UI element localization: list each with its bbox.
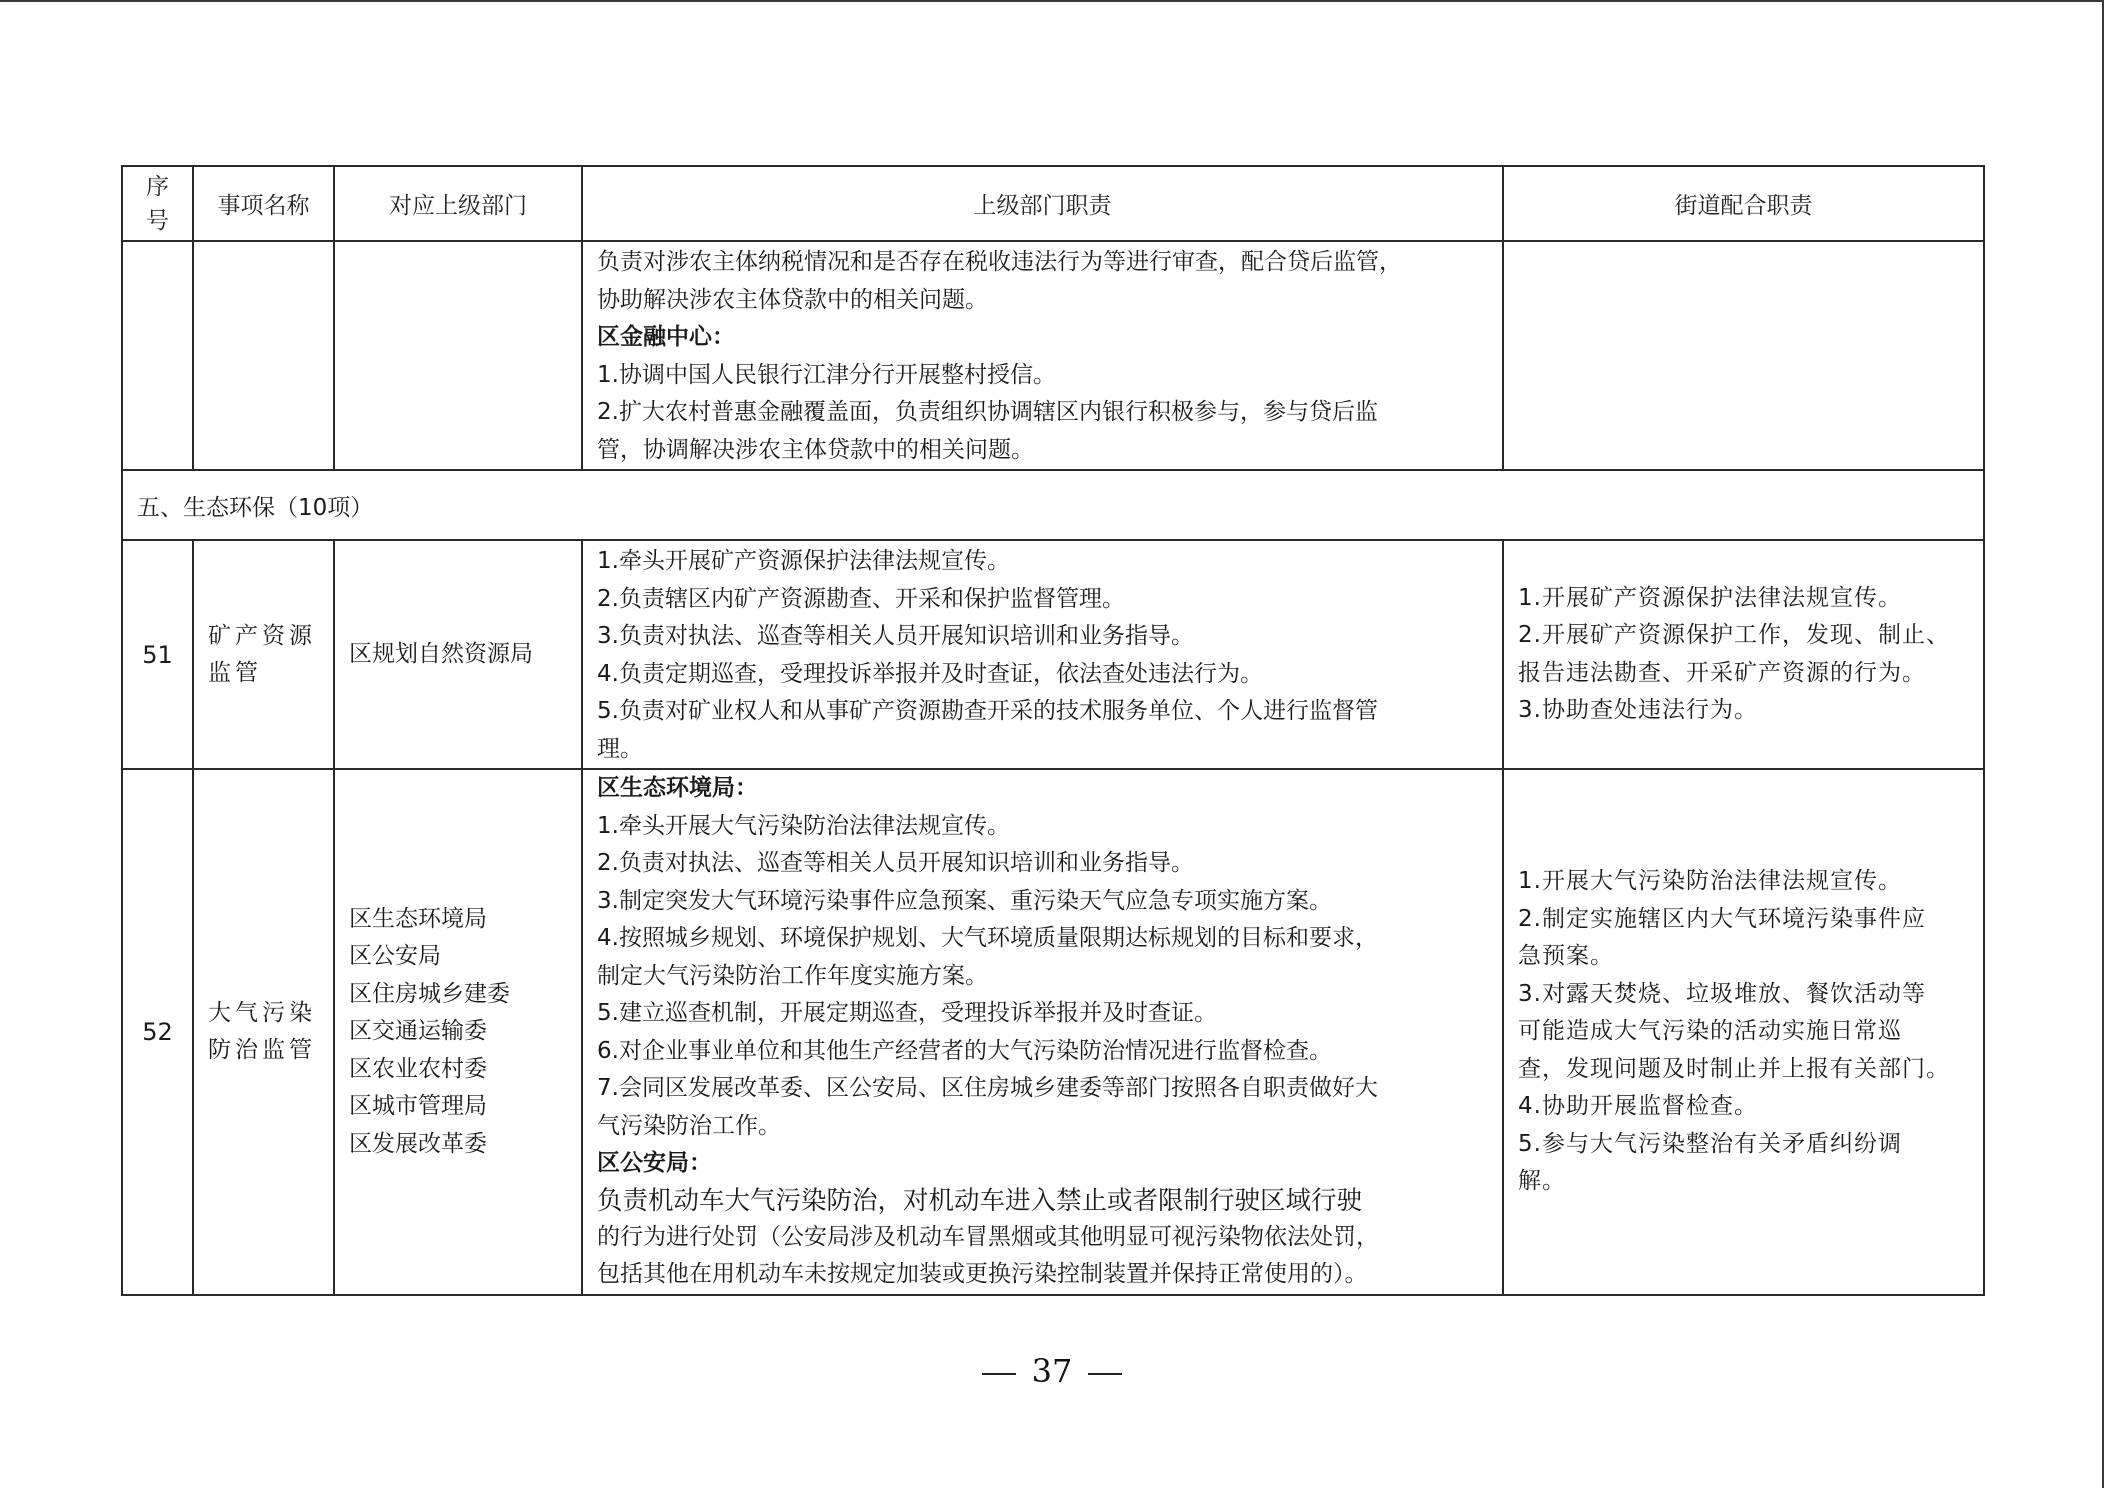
header-seq-line2: 号 [123,204,192,238]
duty-line: 负责对涉农主体纳税情况和是否存在税收违法行为等进行审查，配合贷后监管， [597,244,1490,282]
street-line: 解。 [1518,1163,1971,1201]
street-line: 3.协助查处违法行为。 [1518,692,1971,730]
dept-line: 区发展改革委 [349,1126,571,1164]
duty-line: 理。 [597,731,1490,769]
duty-line: 2.负责对执法、巡查等相关人员开展知识培训和业务指导。 [597,845,1490,883]
duty-cell: 负责对涉农主体纳税情况和是否存在税收违法行为等进行审查，配合贷后监管， 协助解决… [582,241,1503,470]
duty-line: 5.建立巡查机制，开展定期巡查，受理投诉举报并及时查证。 [597,995,1490,1033]
duty-line: 5.负责对矿业权人和从事矿产资源勘查开采的技术服务单位、个人进行监督管 [597,693,1490,731]
duty-line: 4.按照城乡规划、环境保护规划、大气环境质量限期达标规划的目标和要求， [597,920,1490,958]
street-line: 2.开展矿产资源保护工作，发现、制止、 [1518,617,1971,655]
table-row-continued: 负责对涉农主体纳税情况和是否存在税收违法行为等进行审查，配合贷后监管， 协助解决… [122,241,1984,470]
page-footer: 37 [0,1352,2104,1390]
dept-line: 区交通运输委 [349,1013,571,1051]
duty-line: 1.协调中国人民银行江津分行开展整村授信。 [597,357,1490,395]
dept-line: 区规划自然资源局 [349,636,571,674]
dept-line: 区城市管理局 [349,1088,571,1126]
street-cell [1503,241,1984,470]
dept-line: 区公安局 [349,938,571,976]
duty-dept-heading: 区生态环境局： [597,770,1490,808]
dash-right [1088,1373,1122,1375]
name-cell [193,241,334,470]
duty-line: 2.负责辖区内矿产资源勘查、开采和保护监督管理。 [597,581,1490,619]
street-line: 可能造成大气污染的活动实施日常巡 [1518,1013,1971,1051]
section-title: 五、生态环保（10项） [122,470,1984,540]
street-line: 3.对露天焚烧、垃圾堆放、餐饮活动等 [1518,976,1971,1014]
street-line: 报告违法勘查、开采矿产资源的行为。 [1518,655,1971,693]
duty-line: 负责机动车大气污染防治，对机动车进入禁止或者限制行驶区域行驶 [597,1183,1490,1219]
dept-cell: 区生态环境局 区公安局 区住房城乡建委 区交通运输委 区农业农村委 区城市管理局… [334,769,582,1295]
duty-line: 包括其他在用机动车未按规定加装或更换污染控制装置并保持正常使用的）。 [597,1256,1490,1294]
duty-line: 的行为进行处罚（公安局涉及机动车冒黑烟或其他明显可视污染物依法处罚， [597,1219,1490,1257]
street-line: 1.开展矿产资源保护法律法规宣传。 [1518,580,1971,618]
street-line: 急预案。 [1518,938,1971,976]
table-row: 51 矿产资源 监管 区规划自然资源局 1.牵头开展矿产资源保护法律法规宣传。 … [122,540,1984,769]
duty-line: 4.负责定期巡查，受理投诉举报并及时查证，依法查处违法行为。 [597,656,1490,694]
name-line: 监管 [208,655,323,692]
duty-line: 3.负责对执法、巡查等相关人员开展知识培训和业务指导。 [597,618,1490,656]
dept-cell [334,241,582,470]
dash-left [982,1373,1016,1375]
duty-cell: 区生态环境局： 1.牵头开展大气污染防治法律法规宣传。 2.负责对执法、巡查等相… [582,769,1503,1295]
street-line: 查，发现问题及时制止并上报有关部门。 [1518,1051,1971,1089]
seq-cell [122,241,193,470]
name-cell: 大气污染 防治监管 [193,769,334,1295]
name-line: 矿产资源 [208,618,323,655]
duty-line: 2.扩大农村普惠金融覆盖面，负责组织协调辖区内银行积极参与，参与贷后监 [597,394,1490,432]
duty-line: 3.制定突发大气环境污染事件应急预案、重污染天气应急专项实施方案。 [597,883,1490,921]
seq-cell: 52 [122,769,193,1295]
dept-cell: 区规划自然资源局 [334,540,582,769]
header-item-name: 事项名称 [193,166,334,241]
duty-line: 1.牵头开展矿产资源保护法律法规宣传。 [597,543,1490,581]
duty-line: 协助解决涉农主体贷款中的相关问题。 [597,282,1490,320]
street-cell: 1.开展矿产资源保护法律法规宣传。 2.开展矿产资源保护工作，发现、制止、 报告… [1503,540,1984,769]
duty-cell: 1.牵头开展矿产资源保护法律法规宣传。 2.负责辖区内矿产资源勘查、开采和保护监… [582,540,1503,769]
dept-line: 区生态环境局 [349,901,571,939]
name-line: 大气污染 [208,995,323,1032]
header-seq: 序 号 [122,166,193,241]
table-header-row: 序 号 事项名称 对应上级部门 上级部门职责 街道配合职责 [122,166,1984,241]
duty-table: 序 号 事项名称 对应上级部门 上级部门职责 街道配合职责 负责对涉农主体纳税情… [121,165,1985,1296]
duty-line: 制定大气污染防治工作年度实施方案。 [597,958,1490,996]
street-line: 4.协助开展监督检查。 [1518,1088,1971,1126]
duty-line: 7.会同区发展改革委、区公安局、区住房城乡建委等部门按照各自职责做好大 [597,1070,1490,1108]
header-superior-duty: 上级部门职责 [582,166,1503,241]
table-row: 52 大气污染 防治监管 区生态环境局 区公安局 区住房城乡建委 区交通运输委 … [122,769,1984,1295]
seq-cell: 51 [122,540,193,769]
name-line: 防治监管 [208,1032,323,1069]
page-number: 37 [1032,1352,1073,1390]
dept-line: 区住房城乡建委 [349,976,571,1014]
duty-line: 1.牵头开展大气污染防治法律法规宣传。 [597,808,1490,846]
duty-dept-heading: 区公安局： [597,1145,1490,1183]
dept-line: 区农业农村委 [349,1051,571,1089]
duty-dept-heading: 区金融中心： [597,319,1490,357]
duty-line: 气污染防治工作。 [597,1108,1490,1146]
header-seq-line1: 序 [123,170,192,204]
section-row: 五、生态环保（10项） [122,470,1984,540]
street-cell: 1.开展大气污染防治法律法规宣传。 2.制定实施辖区内大气环境污染事件应 急预案… [1503,769,1984,1295]
street-line: 1.开展大气污染防治法律法规宣传。 [1518,863,1971,901]
header-superior-dept: 对应上级部门 [334,166,582,241]
duty-line: 6.对企业事业单位和其他生产经营者的大气污染防治情况进行监督检查。 [597,1033,1490,1071]
name-cell: 矿产资源 监管 [193,540,334,769]
header-street-duty: 街道配合职责 [1503,166,1984,241]
street-line: 5.参与大气污染整治有关矛盾纠纷调 [1518,1126,1971,1164]
street-line: 2.制定实施辖区内大气环境污染事件应 [1518,901,1971,939]
duty-line: 管，协调解决涉农主体贷款中的相关问题。 [597,432,1490,470]
